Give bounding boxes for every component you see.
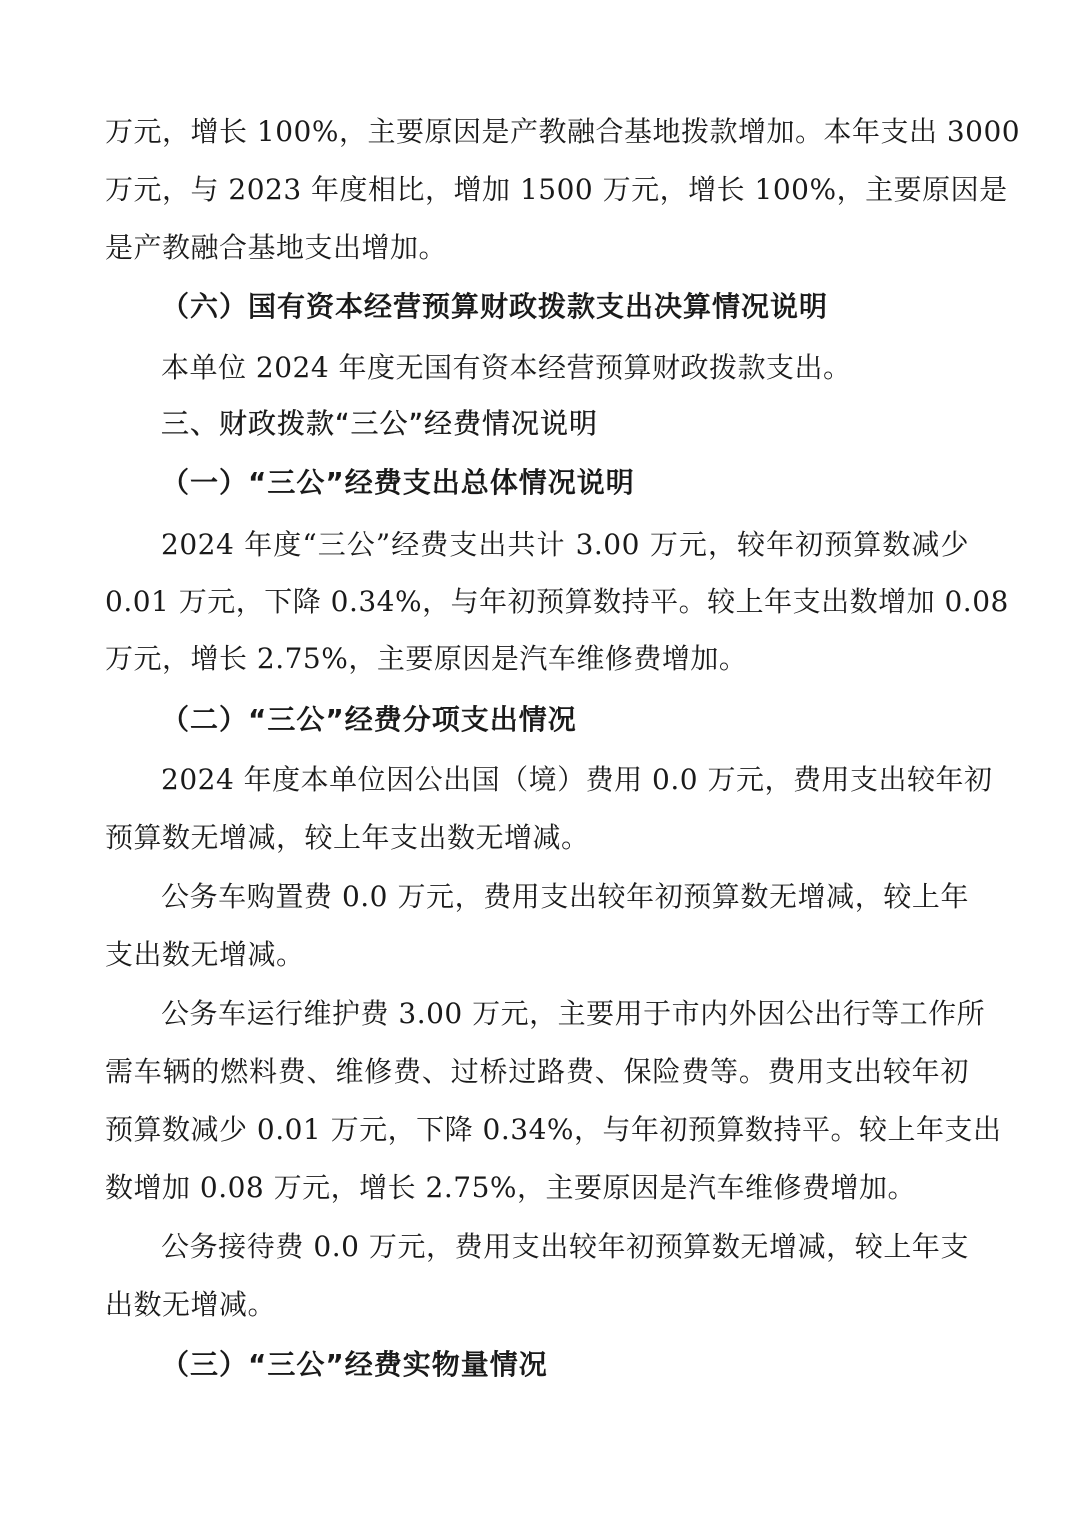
paragraph-line: 出数无增减。 bbox=[105, 1287, 969, 1323]
paragraph-line: 数增加 0.08 万元，增长 2.75%，主要原因是汽车维修费增加。 bbox=[105, 1170, 969, 1206]
subsection-heading-2: （二）“三公”经费分项支出情况 bbox=[161, 702, 577, 738]
paragraph-line: 2024 年度本单位因公出国（境）费用 0.0 万元，费用支出较年初 bbox=[161, 762, 969, 798]
paragraph-line: 万元，增长 2.75%，主要原因是汽车维修费增加。 bbox=[105, 641, 969, 677]
paragraph-line: 公务车购置费 0.0 万元，费用支出较年初预算数无增减，较上年 bbox=[161, 879, 969, 915]
paragraph-line: 2024 年度“三公”经费支出共计 3.00 万元，较年初预算数减少 bbox=[161, 527, 969, 563]
subsection-heading-3: （三）“三公”经费实物量情况 bbox=[161, 1347, 548, 1383]
section-heading-6: （六）国有资本经营预算财政拨款支出决算情况说明 bbox=[161, 289, 828, 325]
paragraph-line: 支出数无增减。 bbox=[105, 937, 969, 973]
paragraph-line: 预算数无增减，较上年支出数无增减。 bbox=[105, 820, 969, 856]
paragraph-line: 需车辆的燃料费、维修费、过桥过路费、保险费等。费用支出较年初 bbox=[105, 1054, 969, 1090]
subsection-heading-1: （一）“三公”经费支出总体情况说明 bbox=[161, 465, 635, 501]
paragraph-line: 本单位 2024 年度无国有资本经营预算财政拨款支出。 bbox=[161, 350, 969, 386]
paragraph-line: 0.01 万元，下降 0.34%，与年初预算数持平。较上年支出数增加 0.08 bbox=[105, 584, 969, 620]
document-page: 万元，增长 100%，主要原因是产教融合基地拨款增加。本年支出 3000 万元，… bbox=[0, 0, 1074, 1520]
paragraph-line: 万元，增长 100%，主要原因是产教融合基地拨款增加。本年支出 3000 bbox=[105, 114, 969, 150]
paragraph-line: 公务车运行维护费 3.00 万元，主要用于市内外因公出行等工作所 bbox=[161, 996, 969, 1032]
paragraph-line: 预算数减少 0.01 万元，下降 0.34%，与年初预算数持平。较上年支出 bbox=[105, 1112, 969, 1148]
paragraph-line: 是产教融合基地支出增加。 bbox=[105, 230, 969, 266]
paragraph-line: 万元，与 2023 年度相比，增加 1500 万元，增长 100%，主要原因是 bbox=[105, 172, 969, 208]
paragraph-line: 公务接待费 0.0 万元，费用支出较年初预算数无增减，较上年支 bbox=[161, 1229, 969, 1265]
part-heading-3: 三、财政拨款“三公”经费情况说明 bbox=[161, 406, 598, 442]
